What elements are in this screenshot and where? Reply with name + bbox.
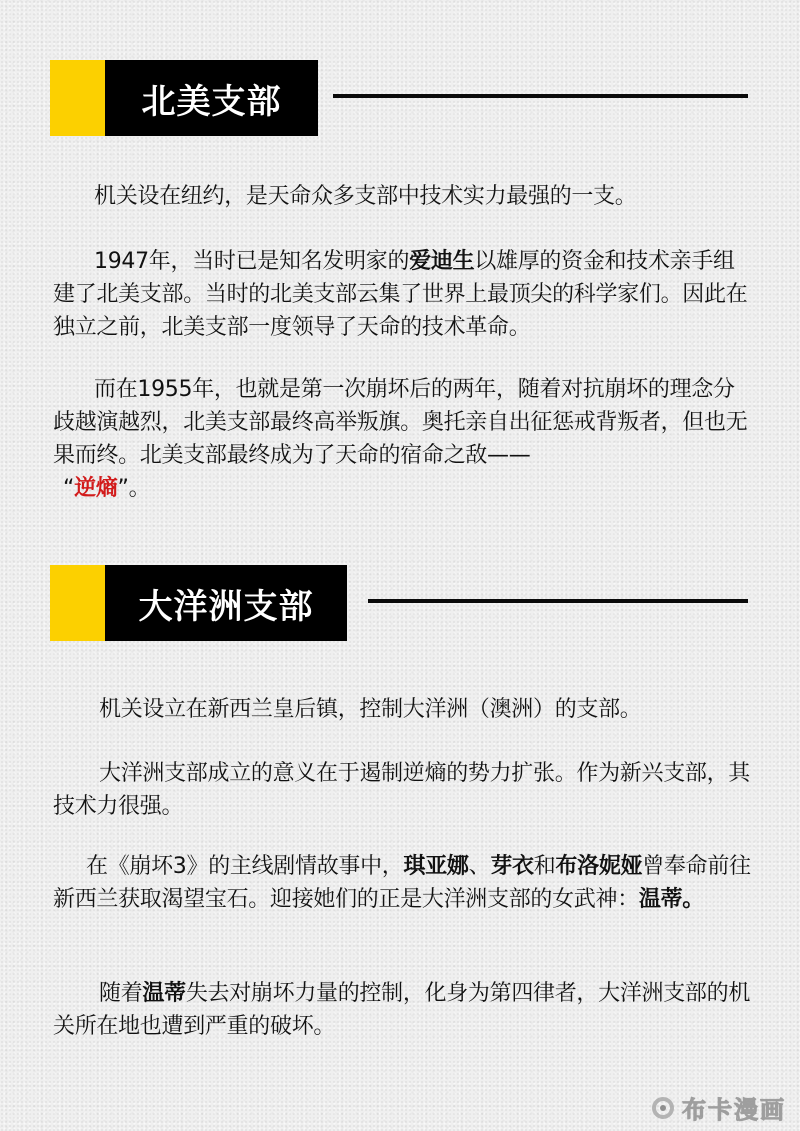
paragraph: 随着温蒂失去对崩坏力量的控制，化身为第四律者，大洋洲支部的机关所在地也遭到严重的… [53,977,753,1043]
paragraph: 机关设在纽约，是天命众多支部中技术实力最强的一支。 [53,180,753,213]
text-run: 随着 [99,981,142,1006]
text-run: 在《崩坏3》的主线剧情故事中， [86,854,404,879]
watermark-text: 布卡漫画 [682,1090,786,1125]
section-header-north-america: 北美支部 [50,60,318,136]
highlight-name: 爱迪生 [409,249,474,274]
close-quote: ”。 [118,476,151,501]
paragraph: 大洋洲支部成立的意义在于遏制逆熵的势力扩张。作为新兴支部，其技术力很强。 [53,757,753,823]
highlight-name: 温蒂 [142,981,185,1006]
text-run: 1947年，当时已是知名发明家的 [94,249,409,274]
header-accent-bar [50,60,105,136]
section-title: 大洋洲支部 [105,565,347,641]
text-run: 机关设在纽约，是天命众多支部中技术实力最强的一支。 [94,184,637,209]
header-rule [333,94,748,98]
header-accent-bar [50,565,105,641]
open-quote: “ [63,476,74,501]
highlight-name: 琪亚娜 [404,854,469,879]
paragraph: 而在1955年，也就是第一次崩坏后的两年，随着对抗崩坏的理念分歧越演越烈，北美支… [53,373,753,505]
highlight-term: 逆熵 [74,476,117,501]
watermark: 布卡漫画 [652,1090,786,1125]
highlight-name: 温蒂。 [639,887,704,912]
paragraph: 机关设立在新西兰皇后镇，控制大洋洲（澳洲）的支部。 [53,693,753,726]
paragraph: 在《崩坏3》的主线剧情故事中，琪亚娜、芽衣和布洛妮娅曾奉命前往新西兰获取渴望宝石… [53,850,753,916]
header-rule [368,599,748,603]
section-header-oceania: 大洋洲支部 [50,565,347,641]
text-run: 、 [469,854,491,879]
text-run: 和 [534,854,556,879]
paragraph: 1947年，当时已是知名发明家的爱迪生以雄厚的资金和技术亲手组建了北美支部。当时… [53,245,753,344]
text-run: 而在1955年，也就是第一次崩坏后的两年，随着对抗崩坏的理念分歧越演越烈，北美支… [53,377,747,468]
section-title: 北美支部 [105,60,318,136]
text-run: 机关设立在新西兰皇后镇，控制大洋洲（澳洲）的支部。 [99,697,642,722]
highlight-name: 芽衣 [490,854,533,879]
bubu-logo-icon [652,1097,674,1119]
highlight-name: 布洛妮娅 [555,854,642,879]
text-run: 大洋洲支部成立的意义在于遏制逆熵的势力扩张。作为新兴支部，其技术力很强。 [53,761,750,819]
